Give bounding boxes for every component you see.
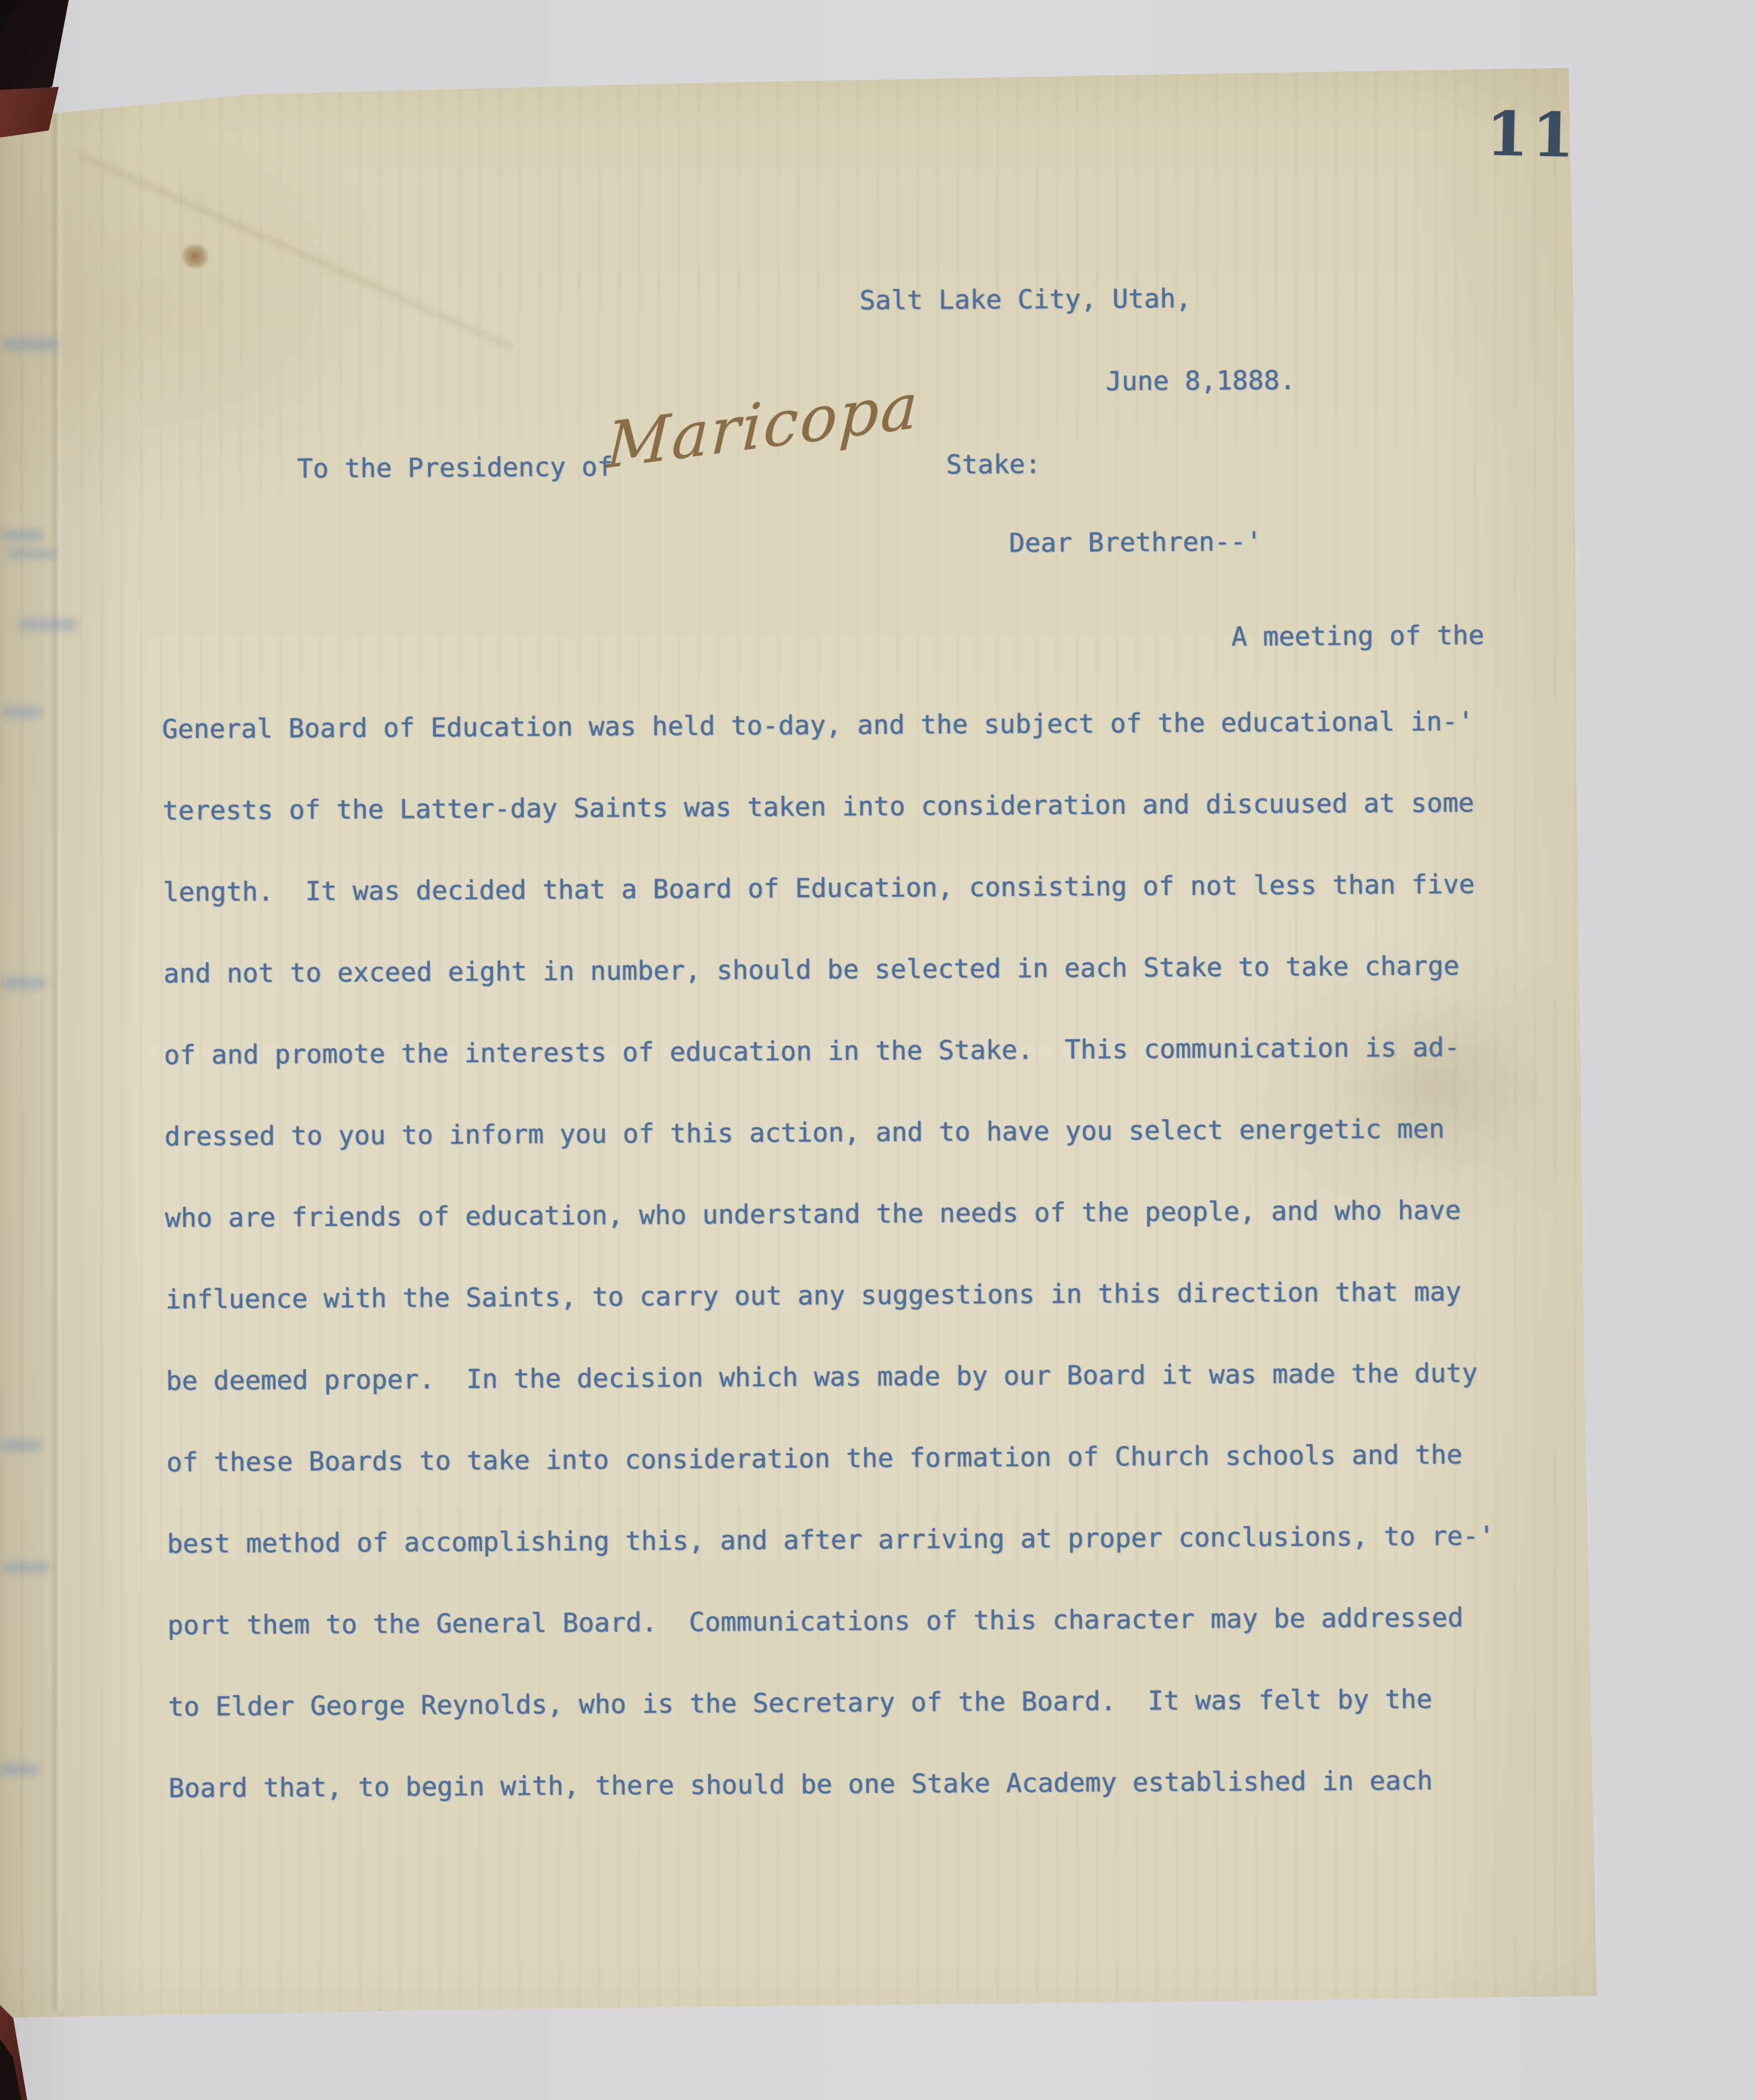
dateline-location: Salt Lake City, Utah, bbox=[859, 283, 1192, 315]
typed-line: be deemed proper. In the decision which … bbox=[166, 1358, 1478, 1396]
typed-line: General Board of Education was held to-d… bbox=[162, 706, 1474, 744]
scanned-letter-page: Salt Lake City, Utah, June 8,1888. To th… bbox=[0, 0, 1756, 2100]
typed-line: who are friends of education, who unders… bbox=[165, 1195, 1461, 1233]
salutation-prefix: To the Presidency of bbox=[297, 452, 613, 484]
typed-line: length. It was decided that a Board of E… bbox=[163, 869, 1475, 907]
typed-text-layer: Salt Lake City, Utah, June 8,1888. To th… bbox=[0, 0, 1756, 2100]
typed-line: and not to exceed eight in number, shoul… bbox=[163, 951, 1460, 989]
typed-line: terests of the Latter-day Saints was tak… bbox=[162, 787, 1474, 826]
typed-line: Board that, to begin with, there should … bbox=[168, 1766, 1433, 1804]
typed-line: of these Boards to take into considerati… bbox=[167, 1439, 1463, 1477]
handwritten-stake-name: Maricopa bbox=[605, 369, 921, 483]
page-number-stamp: 11 bbox=[1485, 98, 1579, 171]
salutation-greeting: Dear Brethren--' bbox=[1009, 526, 1262, 558]
dateline-date: June 8,1888. bbox=[1106, 365, 1295, 396]
typed-line: dressed to you to inform you of this act… bbox=[164, 1114, 1445, 1152]
letter-paper: Salt Lake City, Utah, June 8,1888. To th… bbox=[0, 0, 1756, 2100]
typed-line: to Elder George Reynolds, who is the Sec… bbox=[168, 1684, 1432, 1722]
typed-line: influence with the Saints, to carry out … bbox=[166, 1276, 1462, 1314]
typed-line: port them to the General Board. Communic… bbox=[167, 1602, 1464, 1640]
typed-line: of and promote the interests of educatio… bbox=[164, 1032, 1460, 1070]
salutation-suffix: Stake: bbox=[946, 449, 1041, 480]
typed-line: best method of accomplishing this, and a… bbox=[167, 1521, 1495, 1559]
body-opening-line: A meeting of the bbox=[1231, 620, 1484, 652]
